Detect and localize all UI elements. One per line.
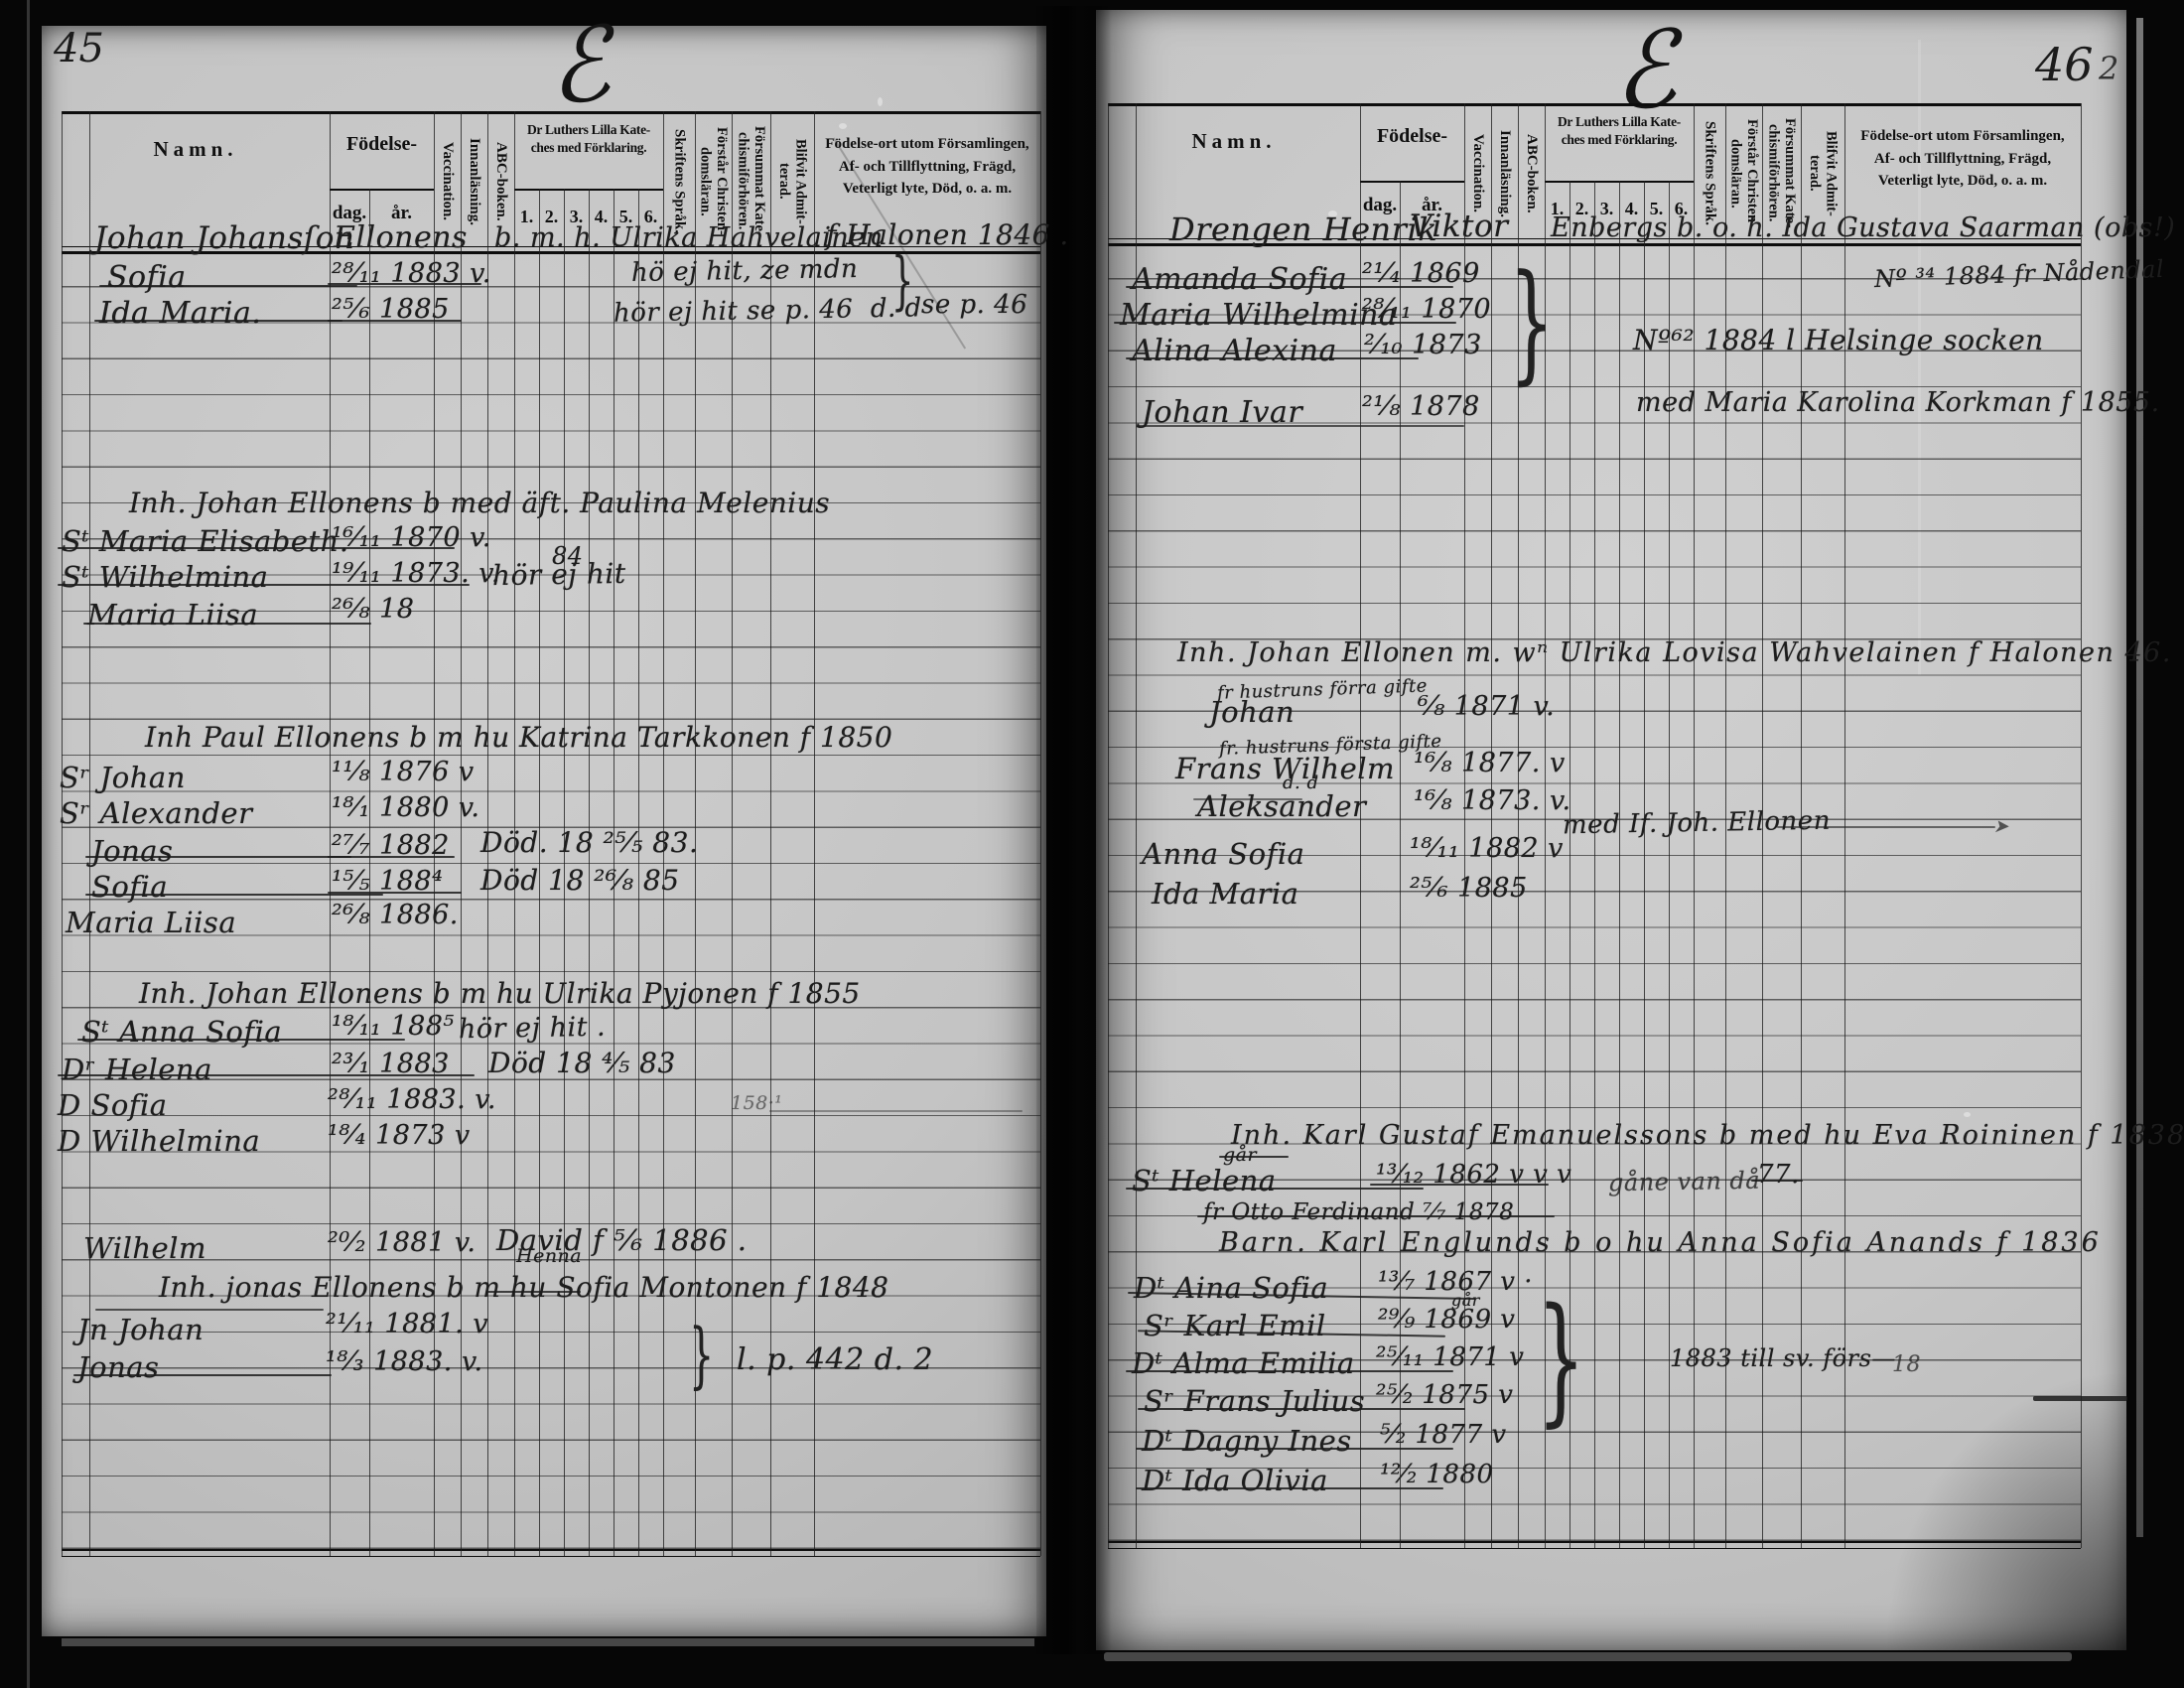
pen-stroke [328,892,462,894]
pen-stroke [1197,1215,1555,1217]
grid-line [1108,1548,2081,1549]
handwritten-entry: Johan [1209,695,1295,729]
pen-stroke [1137,425,1464,427]
handwritten-entry: hö ej hit, ze mdn [631,254,859,288]
handwritten-entry: Inh. jonas Ellonens b m hu Sofia Montone… [159,1271,889,1304]
pen-stroke [328,320,462,322]
handwritten-entry: 18 [1892,1352,1921,1377]
handwritten-entry: Nº⁶² 1884 l Helsinge socken [1633,324,2044,356]
pen-stroke [328,856,455,858]
handwritten-entry: ¹⁶⁄₈ 1873. v. [1414,785,1571,816]
pen-stroke [1193,798,1302,800]
handwritten-entry: ²³⁄₁ 1883 [332,1049,450,1079]
stain [839,123,847,129]
handwritten-entry: ¹⁶⁄₈ 1877. v [1414,748,1566,778]
handwritten-entry: Död 18 ²⁶⁄₈ 85 [480,864,680,897]
handwritten-entry: Jn Johan [77,1313,204,1346]
handwritten-entry: Dʳ Helena [62,1053,212,1086]
handwritten-entry: Ida Maria. [99,296,261,331]
handwritten-entry: Sʳ Frans Julius [1144,1384,1365,1418]
pen-stroke [83,623,371,625]
page-number-right: 46 [2035,38,2094,91]
col-header-kateches: Dr Luthers Lilla Kate- ches med Förklari… [514,121,663,156]
handwritten-entry: D Sofia [58,1088,168,1122]
handwritten-entry: går [1223,1144,1257,1166]
handwritten-entry: Jonas [91,834,173,868]
handwritten-entry: Inh Paul Ellonens b m hu Katrina Tarkkon… [145,721,892,754]
handwritten-entry: ¹¹⁄₈ 1876 v [332,757,475,787]
handwritten-entry: Inh. Johan Ellonen m. wⁿ Ulrika Lovisa W… [1177,637,2172,668]
handwritten-entry: ²⁵⁄₂ 1875 v [1376,1380,1514,1410]
handwritten-entry: se p. 46 [921,290,1027,320]
handwritten-entry: ²⁸⁄₁₁ 1870 [1362,294,1491,325]
handwritten-entry: ²¹⁄₈ 1878 [1362,391,1480,422]
handwritten-entry: ²¹⁄₄ 1869 [1362,258,1480,289]
handwritten-entry: Amanda Sofia [1132,262,1347,297]
handwritten-entry: Dᵗ Aina Sofia [1134,1271,1328,1305]
table-top-rule [62,111,1040,114]
stain [878,97,883,106]
handwritten-entry: Dᵗ Alma Emilia [1132,1346,1355,1380]
handwritten-entry: ➤ [1993,816,2009,837]
handwritten-entry: Sᵗ Maria Elisabeth. [62,524,349,558]
handwritten-entry: Anna Sofia [1142,837,1304,871]
handwritten-entry: ²⁵⁄₁₁ 1871 v [1376,1342,1524,1372]
handwritten-entry: ²⁶⁄₈ 1886. [332,900,459,930]
pen-stroke [486,1291,581,1293]
pen-stroke [769,1110,1023,1112]
pen-stroke [73,1374,332,1376]
handwritten-entry: Sᵗ Anna Sofia [81,1015,282,1049]
pen-stroke [1751,1180,1803,1182]
page-number-left: 45 [54,26,104,71]
col-header-kateches: Dr Luthers Lilla Kate- ches med Förklari… [1545,113,1694,148]
handwritten-entry: Sᵗ Wilhelmina [62,560,268,594]
handwritten-entry: f Halonen 1846 . [826,218,1069,251]
handwritten-entry: Inh. Karl Gustaf Emanuelssons b med hu E… [1231,1120,2184,1151]
grid-line [62,1556,1040,1557]
pen-stroke [1777,826,1995,828]
handwritten-entry: l. p. 442 d. 2 [737,1342,933,1377]
grid-line [330,189,434,191]
grid-line [2081,103,2082,1548]
handwritten-entry: Enbergs b. o. h. Ida Gustava Saarman (ob… [1551,212,2175,243]
pen-stroke [85,856,351,858]
handwritten-entry: ²⁰⁄₂ 1881 v. [328,1227,477,1258]
handwritten-entry: Maria Liisa [87,598,258,632]
handwritten-entry: hör ej hit [492,557,626,592]
page-number-annotation: 2 [2099,50,2118,87]
handwritten-entry: Henna [516,1245,582,1267]
col-header-namn: Namn. [62,137,330,162]
handwritten-entry: Inh. Johan Ellonens b m hu Ulrika Pyjone… [139,977,861,1010]
handwritten-entry: ²⁶⁄₈ 18 [332,594,414,625]
col-header-fodelseort: Födelse-ort utom Församlingen, Af- och T… [814,133,1040,201]
handwritten-entry: ⁵⁄₂ 1877 v [1380,1420,1507,1450]
handwritten-entry: ¹²⁄₂ 1880 [1380,1460,1494,1489]
handwritten-entry: 77. [1757,1160,1800,1190]
handwritten-entry: Inh. Johan Ellonens b med äft. Paulina M… [129,487,830,519]
handwritten-entry: Barn. Karl Englunds b o hu Anna Sofia An… [1219,1227,2102,1258]
handwritten-entry: Sofia [91,870,168,904]
handwritten-entry: Wilhelm [83,1231,206,1265]
ledger-book-scan: 45 46 2 ℰ ℰ Namn.Födelse-dag.år.Vaccinat… [0,0,2184,1688]
under-page-edge [1104,1652,2072,1661]
pen-stroke [99,285,357,287]
col-header-fodelseort: Födelse-ort utom Församlingen, Af- och T… [1844,125,2081,193]
handwritten-entry: ⁶⁄₈ 1871 v. [1418,691,1555,722]
handwritten-entry: Maria Liisa [66,906,236,939]
page-edge-strip [2136,18,2143,1537]
handwritten-entry: D Wilhelmina [58,1124,260,1158]
handwritten-entry: ¹⁶⁄₁₁ 1870 v. [332,522,491,553]
table-bottom-rule [62,1549,1040,1551]
handwritten-entry: ²¹⁄₁₁ 1881. v [326,1309,488,1339]
handwritten-entry: Maria Wilhelmina [1120,298,1397,333]
handwritten-entry: } [1509,246,1555,397]
handwritten-entry: ¹⁹⁄₁₁ 1873. v. [332,558,500,589]
col-header-namn: Namn. [1108,129,1360,154]
pen-stroke [328,283,481,285]
book-cover-edge [27,0,30,1688]
handwritten-entry: med If. Joh. Ellonen [1563,806,1831,841]
handwritten-entry: ¹⁸⁄₄ 1873 v [328,1120,471,1151]
handwritten-entry: Död. 18 ²⁵⁄₅ 83. [480,826,698,859]
handwritten-entry: Dᵗ Dagny Ines [1142,1424,1352,1458]
under-page-edge [62,1638,1034,1646]
handwritten-entry: Sᵗ Helena [1132,1164,1277,1197]
handwritten-entry: Sʳ Johan [60,761,186,794]
col-header-fodelse: Födelse- [330,133,434,156]
handwritten-entry: ²⁵⁄₆ 1885 [1410,873,1528,904]
handwritten-entry: Viktor [1410,209,1508,244]
handwritten-entry: Johan Johansſon [94,220,354,256]
book-gutter [1036,6,1112,1654]
handwritten-entry: hör ej hit . [459,1012,607,1046]
handwritten-entry: Drengen Henrik [1169,211,1437,248]
col-header-fodelse: Födelse- [1360,125,1464,148]
col-header-abc-boken: ABC-boken. [1518,108,1545,238]
handwritten-entry: hör ej hit se p. 46 d. d [614,293,922,328]
handwritten-entry: Alina Alexina [1132,334,1337,368]
handwritten-entry: ¹⁸⁄₃ 1883. v. [326,1346,483,1377]
handwritten-entry: b. m. h. Ulrika Hahvelainen [494,222,884,253]
handwritten-entry: gåne van då [1608,1167,1761,1197]
grid-line [1040,111,1041,1556]
handwritten-entry: Sʳ Alexander [60,796,252,830]
handwritten-entry: Dᵗ Ida Olivia [1142,1464,1328,1497]
handwritten-entry: Död 18 ⁴⁄₅ 83 [488,1047,676,1079]
handwritten-entry: Ellonens [334,220,468,255]
handwritten-entry: Sʳ Karl Emil [1144,1309,1326,1342]
handwritten-entry: } [1537,1279,1585,1441]
handwritten-entry: ²⁹⁄₉ 1869 v [1378,1305,1516,1335]
handwritten-entry: Jonas [77,1350,159,1384]
pen-stroke [1370,1184,1549,1186]
handwritten-entry: Sofia [107,260,187,295]
handwritten-entry: ¹⁸⁄₁ 1880 v. [332,792,480,823]
pen-stroke [2033,1396,2127,1401]
pen-stroke [1219,1156,1289,1158]
handwritten-entry: 1883 till sv. förs— [1670,1344,1896,1372]
handwritten-entry: ²⁄₁₀ 1873 [1364,330,1482,360]
handwritten-entry: } [689,1313,714,1396]
handwritten-entry: Aleksander [1197,789,1366,823]
handwritten-entry: ¹⁸⁄₁₁ 188⁵ [332,1011,455,1042]
handwritten-entry: Ida Maria [1152,877,1298,911]
handwritten-entry: fr Otto Ferdinand ⁷⁄₇ 1878 [1203,1199,1514,1225]
handwritten-entry: ¹⁸⁄₁₁ 1882 v [1410,833,1564,864]
handwritten-entry: med Maria Karolina Korkman f 1855. [1636,387,2160,418]
grid-line [1360,181,1464,183]
pen-stroke [95,1309,324,1311]
table-top-rule [1108,103,2081,106]
handwritten-entry: ²⁸⁄₁₁ 1883. v. [328,1084,496,1115]
pen-stroke [94,320,342,322]
